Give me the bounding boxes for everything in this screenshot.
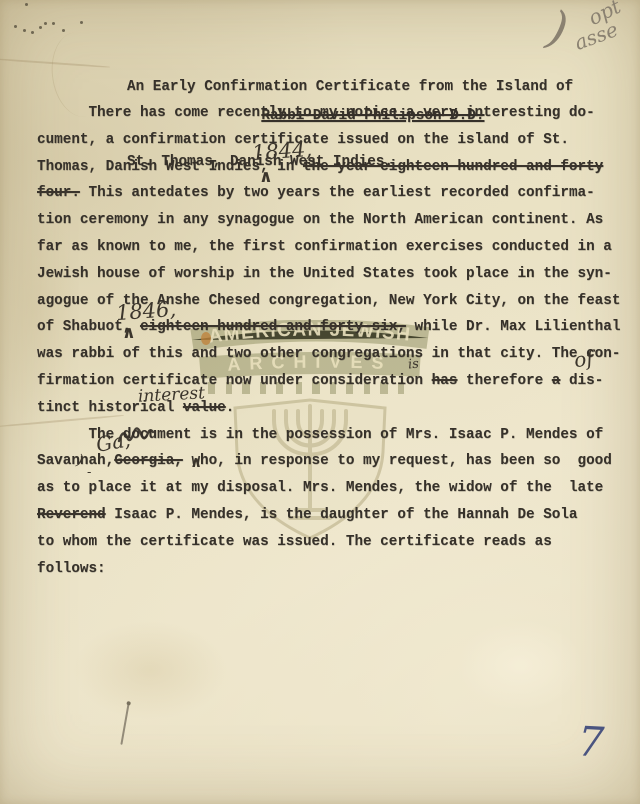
- hw-insert-ga: Ga,: [95, 429, 132, 455]
- ink-stain: [201, 332, 211, 345]
- struck-text: the year eighteen hundred and forty: [303, 159, 603, 175]
- typed-text: as to place it at my disposal. Mrs. Mend…: [37, 480, 603, 496]
- staple-hole-dot: [14, 25, 17, 28]
- text-line: far as known to me, the first confirmati…: [37, 234, 620, 261]
- typed-text: This antedates by two years the earliest…: [80, 185, 595, 201]
- typed-text: Isaac P. Mendes, is the daughter of the …: [106, 507, 578, 523]
- text-line: was rabbi of this and two other congrega…: [37, 341, 620, 368]
- text-line: as to place it at my disposal. Mrs. Mend…: [37, 475, 620, 502]
- staple-hole-dot: [31, 31, 34, 34]
- hw-caret-1846: ∧: [122, 325, 136, 342]
- text-line: Savannah,Georgia, who, in response to my…: [37, 448, 620, 475]
- hw-insert-interest: interest: [138, 385, 206, 405]
- text-line: to whom the certificate was issued. The …: [37, 529, 620, 556]
- staple-hole-dot: [44, 22, 47, 25]
- typed-text: therefore: [457, 373, 551, 389]
- paper-blotch: [430, 600, 610, 730]
- paper-crease: [0, 58, 110, 68]
- typed-text: Jewish house of worship in the United St…: [37, 266, 612, 282]
- page-number: 7: [577, 721, 605, 763]
- typed-text: to whom the certificate was issued. The …: [37, 534, 552, 550]
- text-line: Thomas, Danish West Indies, in the year …: [37, 154, 620, 181]
- hw-caret-ga: ∧: [190, 455, 202, 470]
- text-line: follows:: [37, 556, 620, 583]
- pencil-stroke-mark: [120, 703, 129, 745]
- struck-text: Georgia,: [114, 453, 183, 469]
- staple-hole-dot: [80, 21, 83, 24]
- struck-text: Reverend: [37, 507, 106, 523]
- text-line: Reverend Isaac P. Mendes, is the daughte…: [37, 502, 620, 529]
- corner-word-2: asse: [572, 19, 620, 53]
- struck-text: eighteen hundred and forty-six,: [140, 319, 406, 335]
- typed-text: follows:: [37, 561, 106, 577]
- text-line: Jewish house of worship in the United St…: [37, 261, 620, 288]
- staple-hole-dot: [23, 29, 26, 32]
- hw-insert-1846: 1846,: [115, 299, 176, 324]
- text-line: firmation certificate now under consider…: [37, 368, 620, 395]
- typed-text: while Dr. Max Lilienthal: [406, 319, 621, 335]
- staple-hole-dot: [39, 26, 42, 29]
- typed-text: tion ceremony in any synagogue on the No…: [37, 212, 603, 228]
- typed-text: dis-: [560, 373, 603, 389]
- text-line: tinct historical value.: [37, 395, 620, 422]
- staple-hole-dot: [52, 22, 55, 25]
- typed-text: was rabbi of this and two other congrega…: [37, 346, 620, 362]
- struck-text: has: [432, 373, 458, 389]
- hw-insert-1844: 1844,: [251, 139, 312, 164]
- staple-hole-dot: [62, 29, 65, 32]
- typed-text: who, in response to my request, has been…: [183, 453, 612, 469]
- text-line: four. This antedates by two years the ea…: [37, 180, 620, 207]
- struck-text: four.: [37, 185, 80, 201]
- typed-text: .: [226, 400, 235, 416]
- typed-text: There has come recently to my notice a v…: [37, 105, 595, 121]
- hw-dash-mark: -: [87, 466, 91, 479]
- typed-text: firmation certificate now under consider…: [37, 373, 432, 389]
- text-line: cument, a confirmation certificate issue…: [37, 127, 620, 154]
- scanned-page: AMERICAN JEWISH ARCHIVES An: [0, 0, 640, 804]
- text-line: There has come recently to my notice a v…: [37, 100, 620, 127]
- text-line: tion ceremony in any synagogue on the No…: [37, 207, 620, 234]
- hw-insert-of: of: [573, 348, 595, 371]
- staple-hole-dot: [25, 3, 28, 6]
- paper-blotch: [40, 600, 260, 740]
- typed-text: far as known to me, the first confirmati…: [37, 239, 612, 255]
- hw-caret-1844: ∧: [259, 169, 273, 186]
- hw-insert-is: is: [407, 358, 419, 372]
